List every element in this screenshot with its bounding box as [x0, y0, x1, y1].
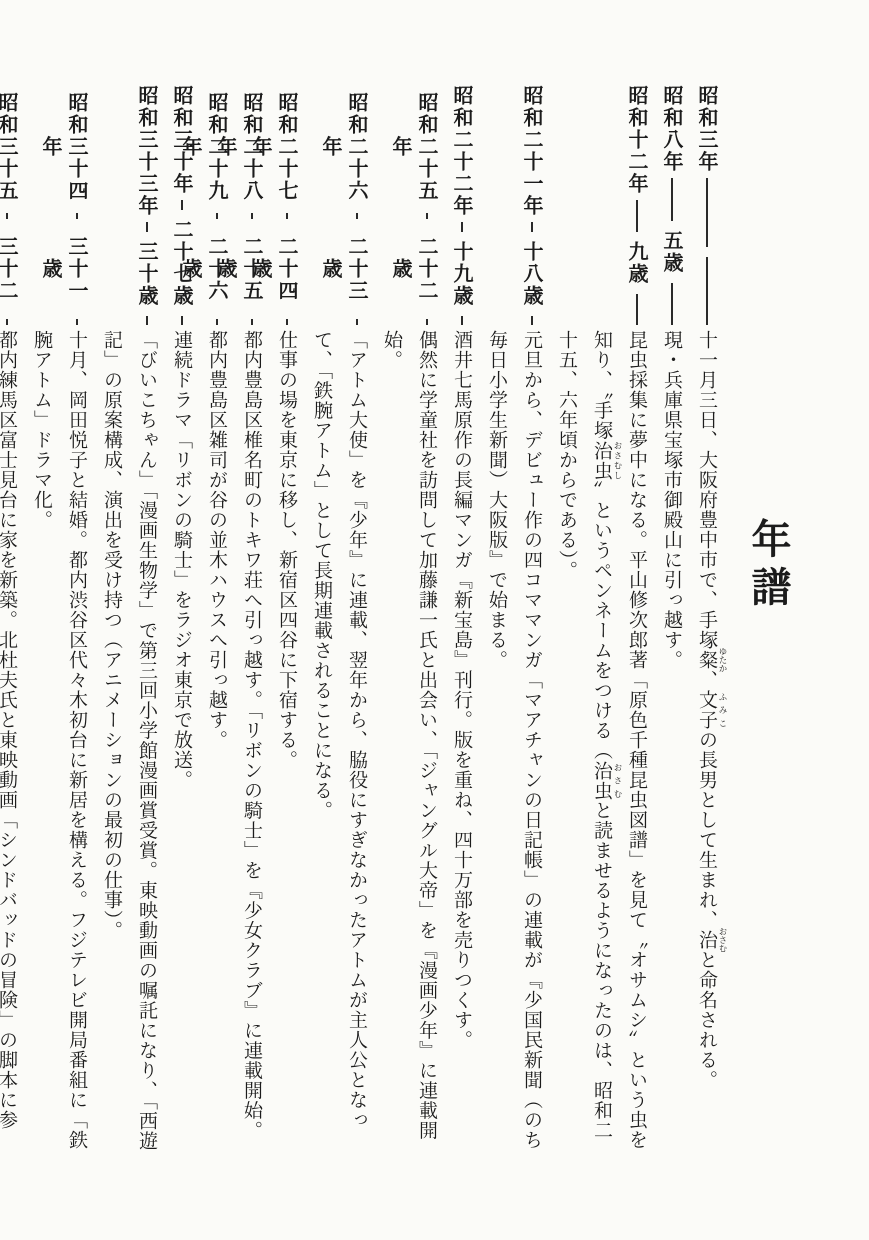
chronology-entry: 昭和二十一年十八歳元旦から、デビュー作の四コママンガ「マアチャンの日記帳」の連載… [479, 85, 549, 1160]
entry-year: 昭和二十七年 [274, 85, 300, 208]
entry-age: 二十三歳 [344, 228, 370, 310]
entry-text: 偶然に学童社を訪問して加藤謙一氏と出会い、「ジャングル大帝」を『漫画少年』に連載… [381, 330, 438, 1141]
entry-heading: 昭和二十二年十九歳 [449, 85, 475, 330]
entry-heading: 昭和十二年九歳 [624, 85, 650, 330]
entry-year: 昭和二十九年 [204, 85, 230, 208]
entry-text: 都内豊島区雑司が谷の並木ハウスへ引っ越す。 [206, 330, 228, 750]
entry-year: 昭和二十五年 [414, 85, 440, 208]
entry-heading: 昭和二十一年十八歳 [519, 85, 545, 330]
book-page: { "page": { "title": "年譜", "background_c… [0, 0, 869, 1240]
connector-line [706, 178, 708, 247]
entry-text: 「アトム大使」を『少年』に連載、翌年から、脇役にすぎなかったアトムが主人公となっ… [311, 330, 368, 1130]
connector-line [251, 319, 253, 325]
entry-heading: 昭和三十年二十七歳 [169, 85, 195, 330]
entry-text: 十月、岡田悦子と結婚。都内渋谷区代々木初台に新居を構える。フジテレビ開局番組に「… [31, 330, 88, 1150]
connector-line [146, 222, 148, 232]
chronology-entry: 昭和二十九年二十六歳都内豊島区雑司が谷の並木ハウスへ引っ越す。 [199, 85, 234, 1160]
entry-text: 元旦から、デビュー作の四コママンガ「マアチャンの日記帳」の連載が『少国民新聞（の… [486, 330, 543, 1150]
entry-age: 三十歳 [134, 241, 160, 307]
connector-line [76, 319, 78, 325]
connector-line [356, 213, 358, 219]
entry-year: 昭和二十一年 [519, 85, 545, 217]
connector-line [461, 316, 463, 326]
connector-line [6, 213, 8, 219]
connector-line [6, 319, 8, 325]
entry-text: 現・兵庫県宝塚市御殿山に引っ越す。 [661, 330, 683, 670]
entry-age: 十八歳 [519, 241, 545, 307]
entry-text: 酒井七馬原作の長編マンガ『新宝島』刊行。版を重ね、四十万部を売りつくす。 [451, 330, 473, 1050]
connector-line [636, 200, 638, 232]
entry-heading: 昭和三十四年三十一歳 [64, 85, 90, 330]
connector-line [286, 319, 288, 325]
entry-age: 九歳 [624, 241, 650, 285]
connector-line [181, 316, 183, 326]
connector-line [216, 319, 218, 325]
connector-line [286, 213, 288, 219]
entry-age: 二十二歳 [414, 228, 440, 310]
entry-year: 昭和二十八年 [239, 85, 265, 208]
entry-year: 昭和三十四年 [64, 85, 90, 208]
chronology-entry: 昭和三十年二十七歳連続ドラマ「リボンの騎士」をラジオ東京で放送。 [164, 85, 199, 1160]
entry-heading: 昭和三年 [694, 85, 720, 330]
entry-text: 十一月三日、大阪府豊中市で、手塚粲ゆたか、文子ふみこの長男として生まれ、治おさむ… [696, 330, 718, 1090]
connector-line [636, 294, 638, 326]
connector-line [181, 200, 183, 210]
entry-heading: 昭和二十八年二十五歳 [239, 85, 265, 330]
chronology: 年譜 昭和三年十一月三日、大阪府豊中市で、手塚粲ゆたか、文子ふみこの長男として生… [0, 85, 795, 1160]
entry-age: 三十一歳 [64, 228, 90, 310]
chronology-entry: 昭和二十五年二十二歳偶然に学童社を訪問して加藤謙一氏と出会い、「ジャングル大帝」… [374, 85, 444, 1160]
entry-text: 都内豊島区椎名町のトキワ荘へ引っ越す。「リボンの騎士」を『少女クラブ』に連載開始… [241, 330, 263, 1141]
entry-year: 昭和二十二年 [449, 85, 475, 217]
entry-age: 三十二歳 [0, 228, 20, 310]
chronology-entry: 昭和二十二年十九歳酒井七馬原作の長編マンガ『新宝島』刊行。版を重ね、四十万部を売… [444, 85, 479, 1160]
connector-line [426, 319, 428, 325]
entry-year: 昭和十二年 [624, 85, 650, 195]
entry-text: 連続ドラマ「リボンの騎士」をラジオ東京で放送。 [171, 330, 193, 790]
entry-age: 二十五歳 [239, 228, 265, 310]
entry-age: 十九歳 [449, 241, 475, 307]
entry-year: 昭和三十年 [169, 85, 195, 195]
chronology-entry: 昭和三年十一月三日、大阪府豊中市で、手塚粲ゆたか、文子ふみこの長男として生まれ、… [689, 85, 727, 1160]
chronology-entry: 昭和二十六年二十三歳「アトム大使」を『少年』に連載、翌年から、脇役にすぎなかった… [304, 85, 374, 1160]
entry-age: 二十四歳 [274, 228, 300, 310]
entry-text: 都内練馬区富士見台に家を新築。北杜夫氏と東映動画「シンドバッドの冒険」の脚本に参… [0, 330, 18, 1130]
entry-year: 昭和三十三年 [134, 85, 160, 217]
connector-line [356, 319, 358, 325]
connector-line [531, 316, 533, 326]
entry-heading: 昭和二十六年二十三歳 [344, 85, 370, 330]
entry-age: 二十六歳 [204, 228, 230, 310]
entry-heading: 昭和八年五歳 [659, 85, 685, 330]
chronology-entry: 昭和三十五年三十二歳都内練馬区富士見台に家を新築。北杜夫氏と東映動画「シンドバッ… [0, 85, 24, 1160]
connector-line [531, 222, 533, 232]
connector-line [671, 283, 673, 326]
entry-year: 昭和三年 [694, 85, 720, 173]
chronology-entry: 昭和三十四年三十一歳十月、岡田悦子と結婚。都内渋谷区代々木初台に新居を構える。フ… [24, 85, 94, 1160]
entry-text: 仕事の場を東京に移し、新宿区四谷に下宿する。 [276, 330, 298, 770]
connector-line [251, 213, 253, 219]
entry-year: 昭和三十五年 [0, 85, 20, 208]
entry-text: 「びいこちゃん」「漫画生物学」で第三回小学館漫画賞受賞。東映動画の嘱託になり、「… [101, 330, 158, 1151]
chronology-entry: 昭和十二年九歳昆虫採集に夢中になる。平山修次郎著「原色千種昆虫図譜」を見て〝オサ… [549, 85, 654, 1160]
entry-heading: 昭和二十五年二十二歳 [414, 85, 440, 330]
entry-year: 昭和八年 [659, 85, 685, 173]
entry-heading: 昭和二十七年二十四歳 [274, 85, 300, 330]
entry-heading: 昭和二十九年二十六歳 [204, 85, 230, 330]
chronology-entry: 昭和二十八年二十五歳都内豊島区椎名町のトキワ荘へ引っ越す。「リボンの騎士」を『少… [234, 85, 269, 1160]
chronology-entry: 昭和二十七年二十四歳仕事の場を東京に移し、新宿区四谷に下宿する。 [269, 85, 304, 1160]
entry-year: 昭和二十六年 [344, 85, 370, 208]
chronology-entry: 昭和三十三年三十歳「びいこちゃん」「漫画生物学」で第三回小学館漫画賞受賞。東映動… [94, 85, 164, 1160]
connector-line [671, 178, 673, 221]
page-title: 年譜 [741, 85, 795, 1160]
entry-text: 昆虫採集に夢中になる。平山修次郎著「原色千種昆虫図譜」を見て〝オサムシ〟という虫… [556, 330, 648, 1150]
connector-line [461, 222, 463, 232]
entry-heading: 昭和三十三年三十歳 [134, 85, 160, 330]
entry-age: 五歳 [659, 230, 685, 274]
entry-age: 二十七歳 [169, 219, 195, 307]
connector-line [146, 316, 148, 326]
connector-line [76, 213, 78, 219]
entry-heading: 昭和三十五年三十二歳 [0, 85, 20, 330]
connector-line [426, 213, 428, 219]
connector-line [216, 213, 218, 219]
chronology-entry: 昭和八年五歳現・兵庫県宝塚市御殿山に引っ越す。 [654, 85, 689, 1160]
connector-line [706, 257, 708, 326]
